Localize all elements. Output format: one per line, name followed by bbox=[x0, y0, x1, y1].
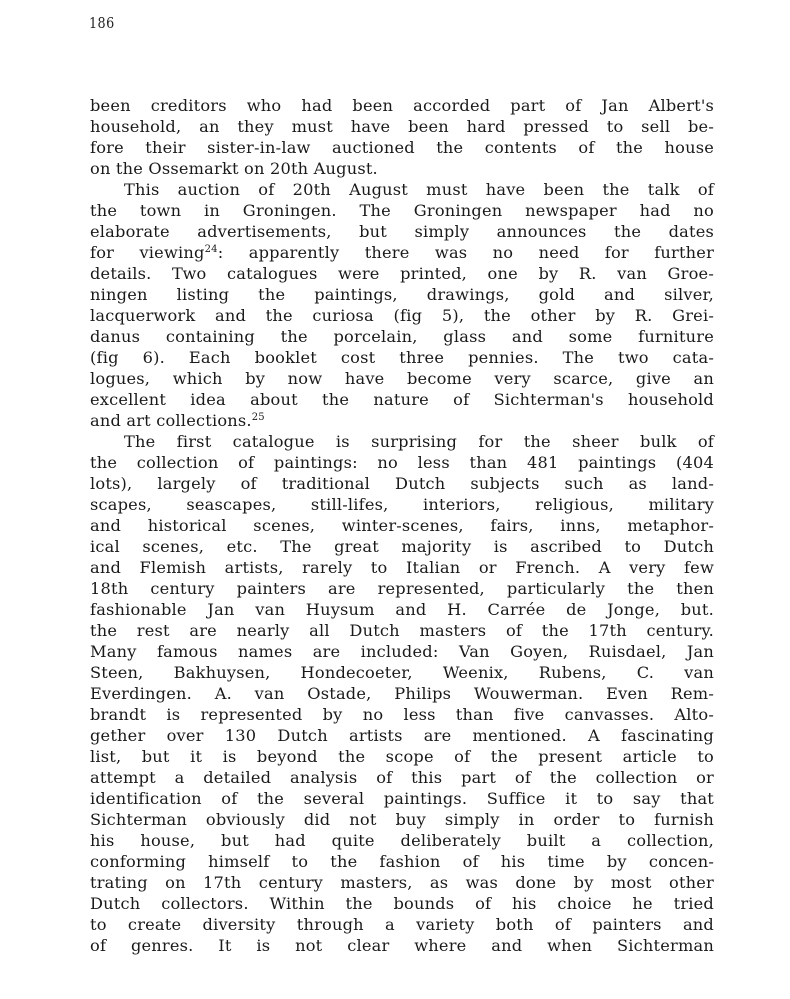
text-line: household, an they must have been hard p… bbox=[90, 116, 714, 137]
text-line: his house, but had quite deliberately bu… bbox=[90, 830, 714, 851]
text-line: of genres. It is not clear where and whe… bbox=[90, 935, 714, 956]
text-line: (fig 6). Each booklet cost three pennies… bbox=[90, 347, 714, 368]
text-line: conforming himself to the fashion of his… bbox=[90, 851, 714, 872]
text-line: fore their sister-in-law auctioned the c… bbox=[90, 137, 714, 158]
text-line: the collection of paintings: no less tha… bbox=[90, 452, 714, 473]
text-line: logues, which by now have become very sc… bbox=[90, 368, 714, 389]
footnote-reference: 24 bbox=[205, 244, 218, 255]
text-line: ningen listing the paintings, drawings, … bbox=[90, 284, 714, 305]
text-line: list, but it is beyond the scope of the … bbox=[90, 746, 714, 767]
text-line: trating on 17th century masters, as was … bbox=[90, 872, 714, 893]
text-line: to create diversity through a variety bo… bbox=[90, 914, 714, 935]
text-line: excellent idea about the nature of Sicht… bbox=[90, 389, 714, 410]
text-line: Everdingen. A. van Ostade, Philips Wouwe… bbox=[90, 683, 714, 704]
text-line: and Flemish artists, rarely to Italian o… bbox=[90, 557, 714, 578]
text-line: gether over 130 Dutch artists are mentio… bbox=[90, 725, 714, 746]
text-line: Dutch collectors. Within the bounds of h… bbox=[90, 893, 714, 914]
text-line: ical scenes, etc. The great majority is … bbox=[90, 536, 714, 557]
text-line: attempt a detailed analysis of this part… bbox=[90, 767, 714, 788]
text-line: been creditors who had been accorded par… bbox=[90, 95, 714, 116]
paragraph: been creditors who had been accorded par… bbox=[90, 95, 714, 179]
text-line: identification of the several paintings.… bbox=[90, 788, 714, 809]
text-line: for viewing24: apparently there was no n… bbox=[90, 242, 714, 263]
text-line: brandt is represented by no less than fi… bbox=[90, 704, 714, 725]
text-line: elaborate advertisements, but simply ann… bbox=[90, 221, 714, 242]
text-line: on the Ossemarkt on 20th August. bbox=[90, 158, 714, 179]
text-line: the rest are nearly all Dutch masters of… bbox=[90, 620, 714, 641]
footnote-reference: 25 bbox=[252, 412, 265, 423]
text-line: scapes, seascapes, still-lifes, interior… bbox=[90, 494, 714, 515]
text-line: This auction of 20th August must have be… bbox=[90, 179, 714, 200]
text-line: details. Two catalogues were printed, on… bbox=[90, 263, 714, 284]
paragraph: This auction of 20th August must have be… bbox=[90, 179, 714, 431]
text-line: lots), largely of traditional Dutch subj… bbox=[90, 473, 714, 494]
text-line: The first catalogue is surprising for th… bbox=[90, 431, 714, 452]
text-line: Steen, Bakhuysen, Hondecoeter, Weenix, R… bbox=[90, 662, 714, 683]
text-line: lacquerwork and the curiosa (fig 5), the… bbox=[90, 305, 714, 326]
text-line: Many famous names are included: Van Goye… bbox=[90, 641, 714, 662]
paragraph: The first catalogue is surprising for th… bbox=[90, 431, 714, 956]
text-line: fashionable Jan van Huysum and H. Carrée… bbox=[90, 599, 714, 620]
text-line: 18th century painters are represented, p… bbox=[90, 578, 714, 599]
text-line: and art collections.25 bbox=[90, 410, 714, 431]
text-line: the town in Groningen. The Groningen new… bbox=[90, 200, 714, 221]
text-line: Sichterman obviously did not buy simply … bbox=[90, 809, 714, 830]
page-number: 186 bbox=[89, 14, 115, 32]
body-text: been creditors who had been accorded par… bbox=[90, 95, 714, 956]
text-line: and historical scenes, winter-scenes, fa… bbox=[90, 515, 714, 536]
text-line: danus containing the porcelain, glass an… bbox=[90, 326, 714, 347]
